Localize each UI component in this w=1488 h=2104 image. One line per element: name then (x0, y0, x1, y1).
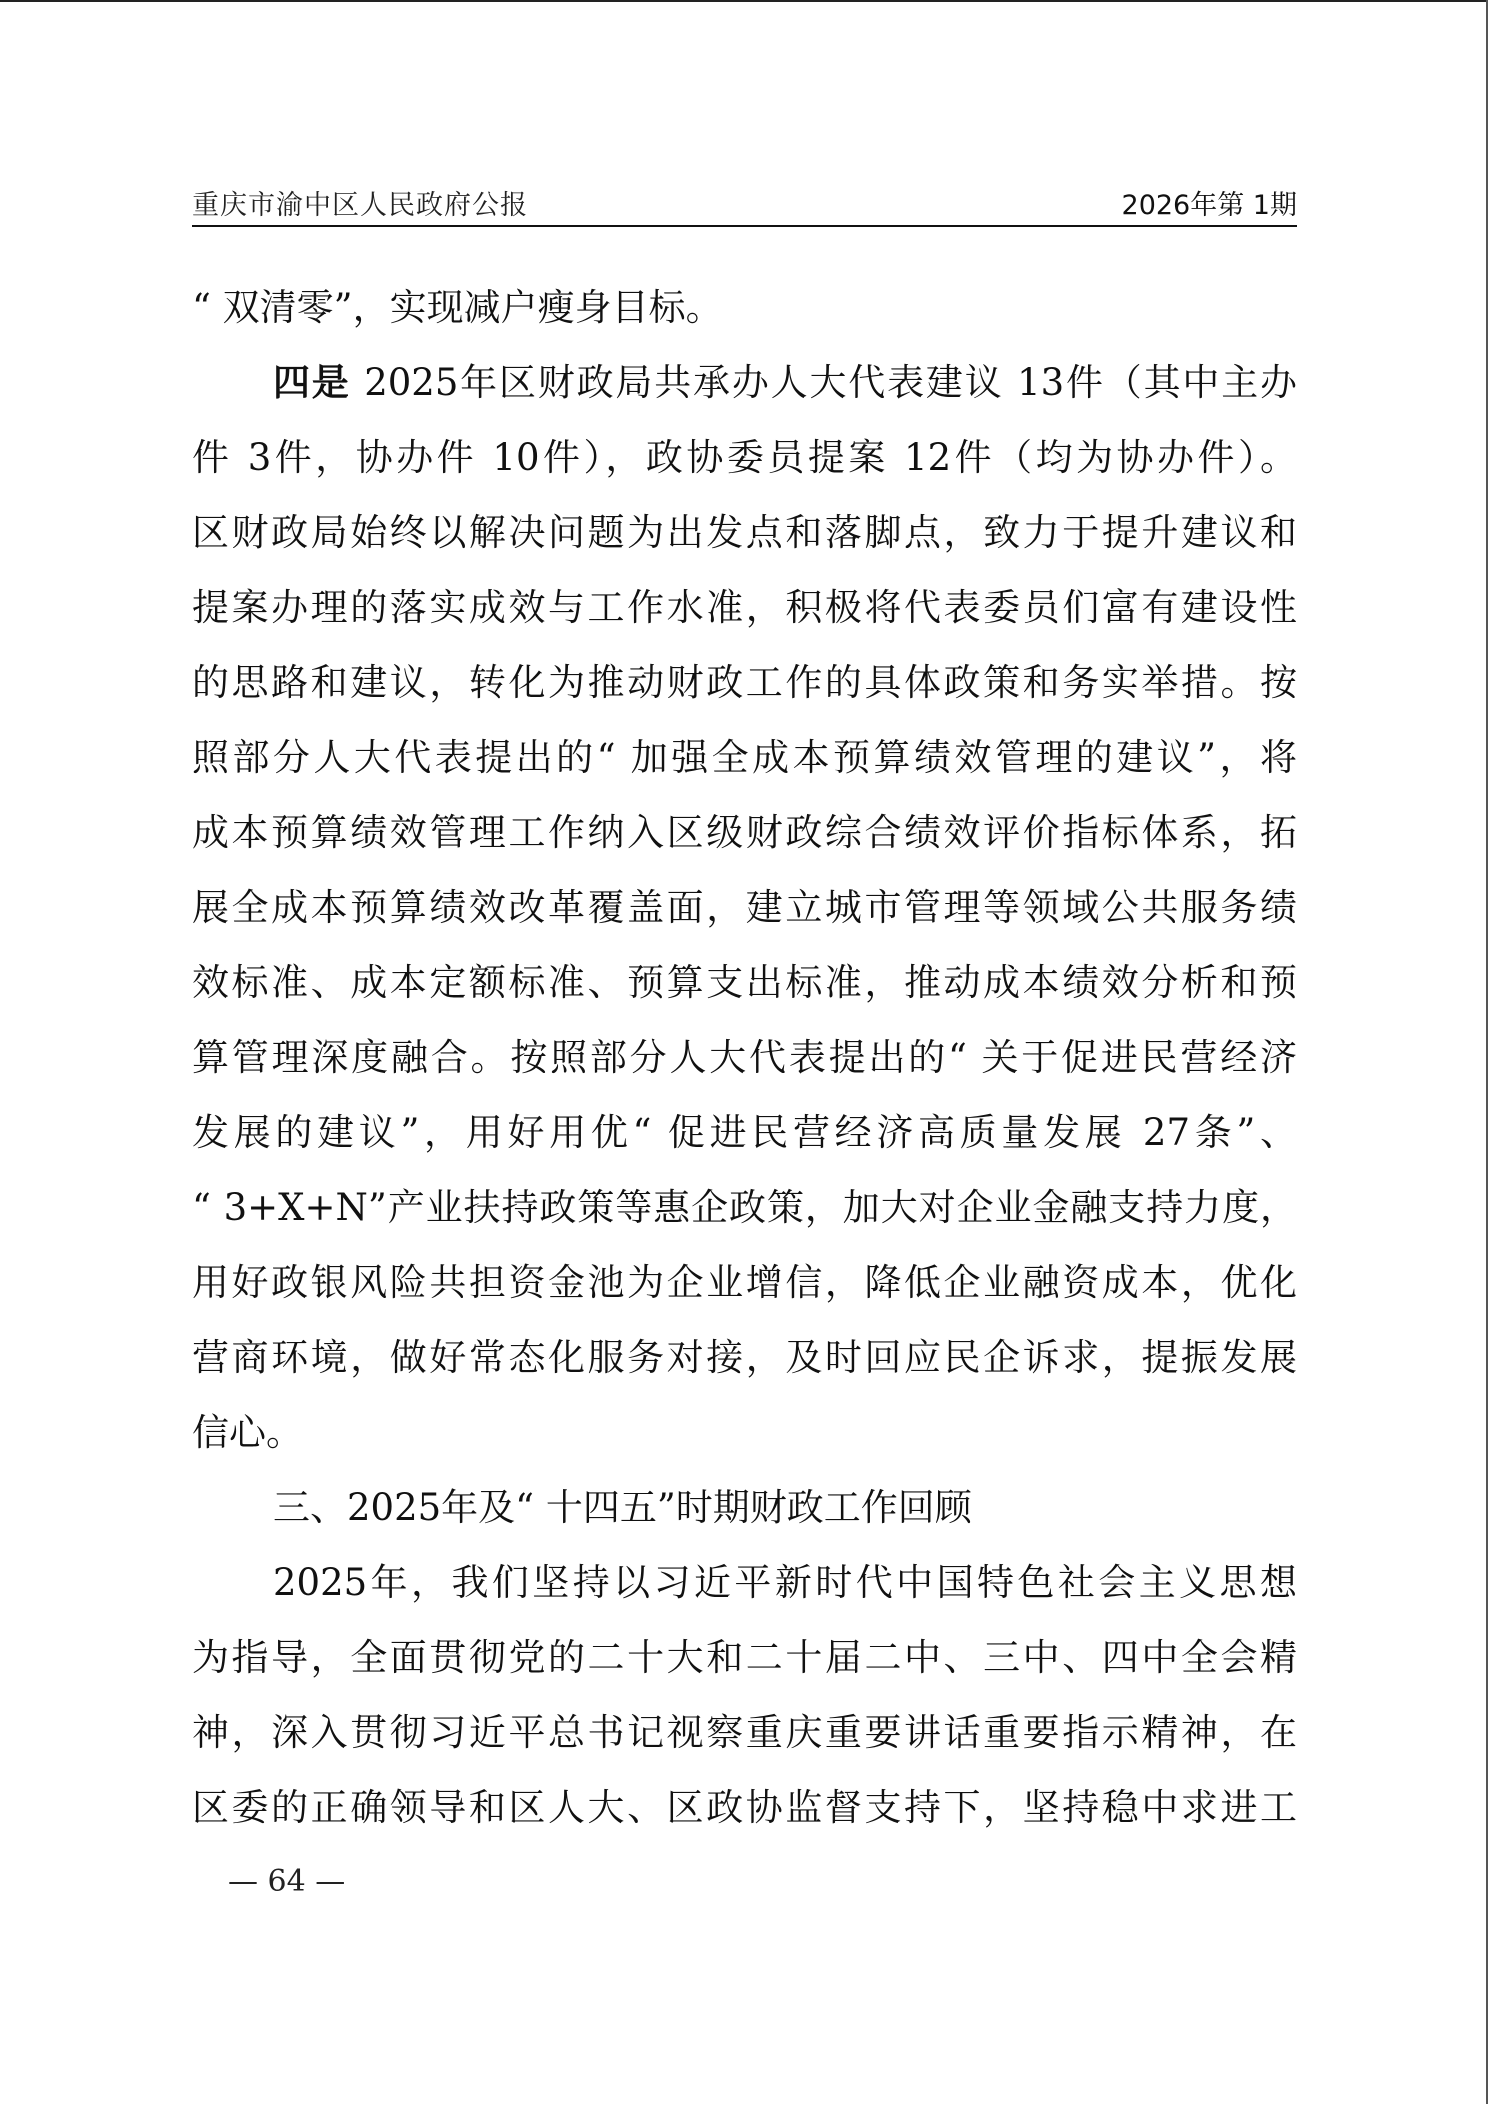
line-text: 信心。 (192, 1411, 303, 1454)
text-line: 区财政局始终以解决问题为出发点和落脚点，致力于提升建议和 (192, 495, 1297, 570)
line-text: “ 3+X+N”产业扶持政策等惠企政策，加大对企业金融支持力度， (192, 1186, 1297, 1229)
document-body: “ 双清零”，实现减户瘦身目标。 四是 2025年区财政局共承办人大代表建议 1… (192, 270, 1297, 1845)
line-text: 为指导，全面贯彻党的二十大和二十届二中、三中、四中全会精 (192, 1636, 1297, 1679)
text-line: 的思路和建议，转化为推动财政工作的具体政策和务实举措。按 (192, 645, 1297, 720)
text-line: 照部分人大代表提出的“ 加强全成本预算绩效管理的建议”，将 (192, 720, 1297, 795)
text-line: 四是 2025年区财政局共承办人大代表建议 13件（其中主办 (192, 345, 1297, 420)
issue-number: 2026年第 1期 (1122, 183, 1297, 222)
line-text: 效标准、成本定额标准、预算支出标准，推动成本绩效分析和预 (192, 961, 1297, 1004)
line-text: 的思路和建议，转化为推动财政工作的具体政策和务实举措。按 (192, 661, 1297, 704)
line-text: 发展的建议”，用好用优“ 促进民营经济高质量发展 27条”、 (192, 1111, 1297, 1154)
line-text: 照部分人大代表提出的“ 加强全成本预算绩效管理的建议”，将 (192, 736, 1297, 779)
text-line: 件 3件，协办件 10件），政协委员提案 12件（均为协办件）。 (192, 420, 1297, 495)
text-line: 信心。 (192, 1395, 1297, 1470)
line-text: 区委的正确领导和区人大、区政协监督支持下，坚持稳中求进工 (192, 1786, 1297, 1829)
line-text: 成本预算绩效管理工作纳入区级财政综合绩效评价指标体系，拓 (192, 811, 1297, 854)
header-divider (192, 225, 1297, 227)
line-text: 2025年区财政局共承办人大代表建议 13件（其中主办 (351, 361, 1297, 404)
line-text: 营商环境，做好常态化服务对接，及时回应民企诉求，提振发展 (192, 1336, 1297, 1379)
text-line: 2025年，我们坚持以习近平新时代中国特色社会主义思想 (192, 1545, 1297, 1620)
text-line: 区委的正确领导和区人大、区政协监督支持下，坚持稳中求进工 (192, 1770, 1297, 1845)
line-text: 区财政局始终以解决问题为出发点和落脚点，致力于提升建议和 (192, 511, 1297, 554)
text-line: “ 3+X+N”产业扶持政策等惠企政策，加大对企业金融支持力度， (192, 1170, 1297, 1245)
line-text: 神，深入贯彻习近平总书记视察重庆重要讲话重要指示精神，在 (192, 1711, 1297, 1754)
running-header: 重庆市渝中区人民政府公报 2026年第 1期 (192, 184, 1297, 220)
page-number: — 64 — (228, 1864, 345, 1899)
text-line: “ 双清零”，实现减户瘦身目标。 (192, 270, 1297, 345)
text-line: 用好政银风险共担资金池为企业增信，降低企业融资成本，优化 (192, 1245, 1297, 1320)
text-line: 提案办理的落实成效与工作水准，积极将代表委员们富有建设性 (192, 570, 1297, 645)
section-lead: 四是 (273, 360, 351, 404)
text-line: 展全成本预算绩效改革覆盖面，建立城市管理等领域公共服务绩 (192, 870, 1297, 945)
text-line: 神，深入贯彻习近平总书记视察重庆重要讲话重要指示精神，在 (192, 1695, 1297, 1770)
text-line: 为指导，全面贯彻党的二十大和二十届二中、三中、四中全会精 (192, 1620, 1297, 1695)
line-text: 展全成本预算绩效改革覆盖面，建立城市管理等领域公共服务绩 (192, 886, 1297, 929)
text-line: 成本预算绩效管理工作纳入区级财政综合绩效评价指标体系，拓 (192, 795, 1297, 870)
line-text: 算管理深度融合。按照部分人大代表提出的“ 关于促进民营经济 (192, 1036, 1297, 1079)
line-text: 2025年，我们坚持以习近平新时代中国特色社会主义思想 (273, 1561, 1297, 1604)
text-line: 效标准、成本定额标准、预算支出标准，推动成本绩效分析和预 (192, 945, 1297, 1020)
text-line: 营商环境，做好常态化服务对接，及时回应民企诉求，提振发展 (192, 1320, 1297, 1395)
heading-text: 三、2025年及“ 十四五”时期财政工作回顾 (273, 1486, 972, 1529)
page-top-border (0, 0, 1488, 2)
text-line: 发展的建议”，用好用优“ 促进民营经济高质量发展 27条”、 (192, 1095, 1297, 1170)
publication-title: 重庆市渝中区人民政府公报 (192, 183, 528, 222)
line-text: 提案办理的落实成效与工作水准，积极将代表委员们富有建设性 (192, 586, 1297, 629)
section-heading: 三、2025年及“ 十四五”时期财政工作回顾 (192, 1470, 1297, 1545)
text-line: 算管理深度融合。按照部分人大代表提出的“ 关于促进民营经济 (192, 1020, 1297, 1095)
line-text: 件 3件，协办件 10件），政协委员提案 12件（均为协办件）。 (192, 436, 1297, 479)
line-text: “ 双清零”，实现减户瘦身目标。 (192, 286, 723, 329)
line-text: 用好政银风险共担资金池为企业增信，降低企业融资成本，优化 (192, 1261, 1297, 1304)
